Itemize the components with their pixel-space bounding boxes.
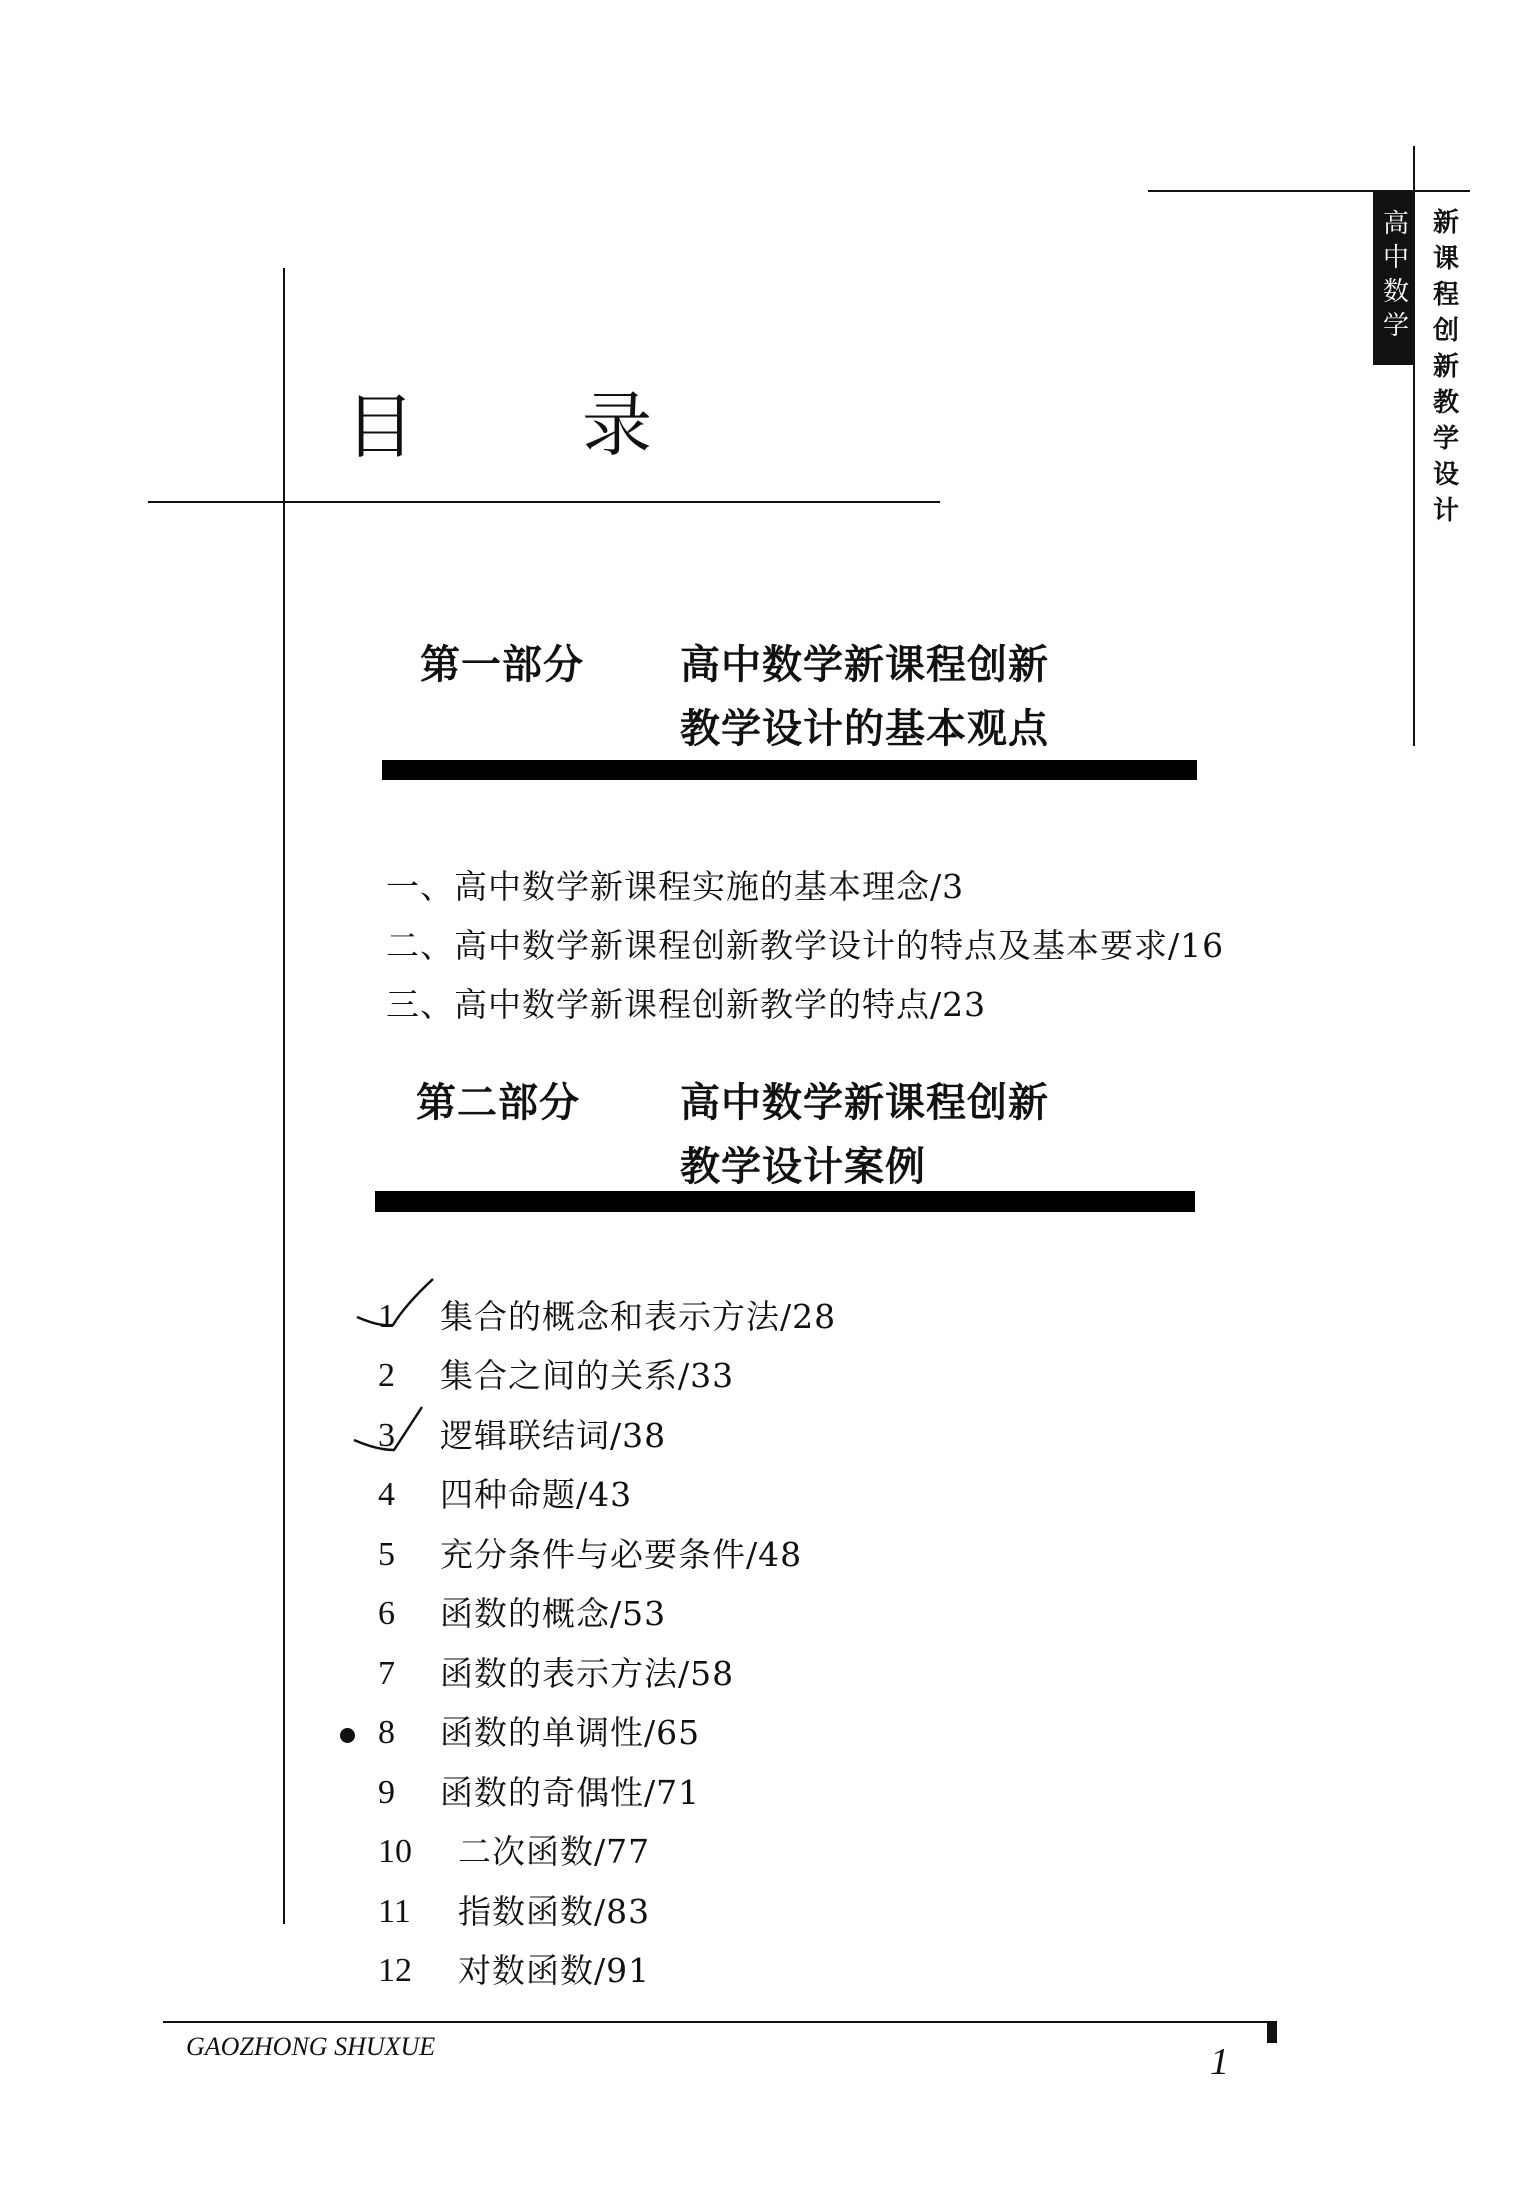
page-title-char-1: 目 [345, 392, 415, 462]
footer-corner-block [1267, 2021, 1277, 2043]
case-number: 3 [378, 1419, 395, 1453]
case-number: 12 [378, 1954, 412, 1988]
case-number: 6 [378, 1597, 395, 1631]
part1-title-line2: 教学设计的基本观点 [680, 696, 1049, 762]
part1-title-line1: 高中数学新课程创新 [680, 632, 1049, 698]
side-tab-label: 高中数学 [1375, 209, 1413, 345]
case-title: 函数的表示方法/58 [440, 1657, 734, 1690]
part2-label: 第二部分 [416, 1083, 580, 1123]
check-mark-icon [355, 1275, 435, 1345]
part2-divider-bar [375, 1191, 1195, 1212]
case-number: 2 [378, 1359, 395, 1393]
side-book-title: 新课程创新教学设计 [1428, 205, 1464, 529]
case-title: 函数的概念/53 [440, 1597, 666, 1630]
side-tab-subject: 高中数学 [1373, 191, 1414, 365]
part1-entry-2[interactable]: 二、高中数学新课程创新教学设计的特点及基本要求/16 [386, 929, 1224, 962]
part1-divider-bar [382, 760, 1197, 780]
case-title: 函数的单调性/65 [440, 1716, 700, 1749]
part2-title-line1: 高中数学新课程创新 [680, 1070, 1049, 1136]
case-number: 7 [378, 1657, 395, 1691]
case-number: 1 [378, 1300, 395, 1334]
bullet-dot-icon [340, 1728, 355, 1743]
case-title: 对数函数/91 [458, 1954, 650, 1987]
case-number: 5 [378, 1538, 395, 1572]
part1-label: 第一部分 [420, 645, 584, 685]
case-number: 10 [378, 1835, 412, 1869]
page-title-char-2: 录 [582, 390, 652, 460]
case-number: 8 [378, 1716, 395, 1750]
title-underline-rule [148, 501, 940, 503]
case-title: 集合的概念和表示方法/28 [440, 1300, 836, 1333]
case-title: 函数的奇偶性/71 [440, 1776, 700, 1809]
part1-entry-1[interactable]: 一、高中数学新课程实施的基本理念/3 [386, 870, 964, 903]
footer-rule [163, 2021, 1277, 2023]
case-number: 11 [378, 1895, 411, 1929]
left-vertical-rule [283, 268, 285, 1924]
case-title: 充分条件与必要条件/48 [440, 1538, 802, 1571]
page-number: 1 [1210, 2040, 1229, 2084]
case-number: 9 [378, 1776, 395, 1810]
case-title: 指数函数/83 [458, 1895, 650, 1928]
case-number: 4 [378, 1478, 395, 1512]
top-right-rule [1148, 190, 1470, 192]
case-title: 集合之间的关系/33 [440, 1359, 734, 1392]
running-title: GAOZHONG SHUXUE [186, 2032, 435, 2062]
case-title: 二次函数/77 [458, 1835, 650, 1868]
case-title: 四种命题/43 [440, 1478, 632, 1511]
case-title: 逻辑联结词/38 [440, 1419, 666, 1452]
part1-entry-3[interactable]: 三、高中数学新课程创新教学的特点/23 [386, 988, 986, 1021]
